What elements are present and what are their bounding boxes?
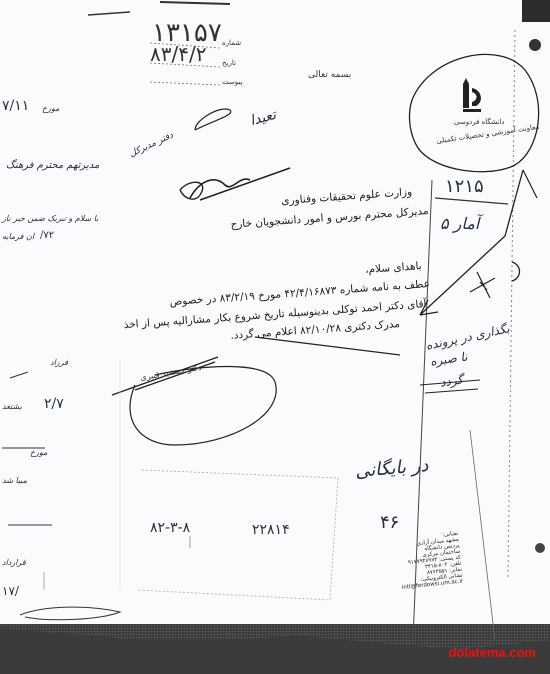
- letter-heading: بسمه تعالی: [308, 70, 351, 80]
- footer-address: نشانی: مشهد میدان آزادی پردیس دانشگاه سا…: [373, 531, 463, 594]
- left-sheet-value: ۷/۱۱: [2, 98, 29, 114]
- letter-date-label: تاریخ: [222, 59, 236, 67]
- left-sheet-label: بشتعد: [2, 402, 22, 411]
- left-sheet-value: /۱۷: [2, 584, 19, 598]
- left-sheet-value: ۷۲/: [40, 230, 54, 241]
- left-sheet-label: ان فرمایه: [2, 232, 34, 241]
- stamp-left-code: ۸۲-۳-۸: [150, 520, 190, 536]
- left-sheet-label: فرزاد: [50, 358, 68, 367]
- letter-number-label: شماره: [222, 39, 241, 47]
- left-sheet-label: مدیرتهم محترم فرهنگ: [6, 160, 99, 171]
- left-sheet-value: ۲/۷: [44, 396, 64, 412]
- margin-box-word: آمار ۵: [440, 214, 479, 233]
- margin-box-number: ۱۲۱۵: [445, 176, 484, 197]
- left-sheet-label: با سلام و تبریک ضمن خیر ناز: [2, 214, 98, 223]
- stamp-right-code: ۲۲۸۱۴: [252, 522, 290, 538]
- university-name: دانشگاه فردوسی: [454, 118, 505, 126]
- left-sheet-label: مورخ: [42, 104, 59, 113]
- letter-date-value: ۸۳/۴/۲: [150, 42, 206, 66]
- left-sheet-label: قرارداد: [2, 558, 26, 567]
- lower-right-number: ۴۶: [380, 512, 399, 533]
- letter-attachment-label: پیوست: [222, 78, 242, 86]
- left-sheet-label: میبا شد: [2, 476, 27, 485]
- left-sheet-label: مورخ: [30, 448, 47, 457]
- university-logo-icon: [462, 76, 484, 116]
- watermark: dolatema.com: [449, 645, 536, 660]
